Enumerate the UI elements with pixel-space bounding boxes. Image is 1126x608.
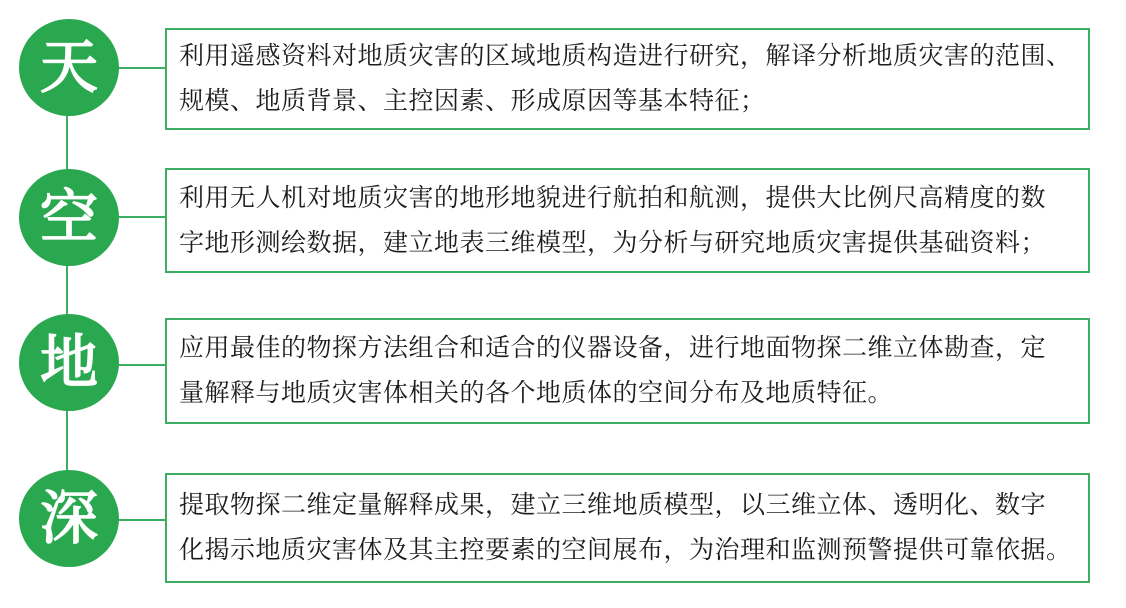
description-line: 化揭示地质灾害体及其主控要素的空间展布，为治理和监测预警提供可靠依据。: [179, 528, 1076, 573]
description-line: 利用遥感资料对地质灾害的区域地质构造进行研究，解译分析地质灾害的范围、: [179, 34, 1076, 79]
node-circle-kong: 空: [19, 169, 119, 266]
vertical-connector-line: [66, 67, 68, 520]
node-circle-shen: 深: [19, 470, 119, 567]
description-line: 提取物探二维定量解释成果，建立三维地质模型，以三维立体、透明化、数字: [179, 483, 1076, 528]
description-box-tian: 利用遥感资料对地质灾害的区域地质构造进行研究，解译分析地质灾害的范围、 规模、地…: [165, 28, 1090, 130]
node-label-kong: 空: [40, 189, 98, 247]
description-line: 量解释与地质灾害体相关的各个地质体的空间分布及地质特征。: [179, 371, 1076, 416]
description-line: 应用最佳的物探方法组合和适合的仪器设备，进行地面物探二维立体勘查，定: [179, 326, 1076, 371]
description-box-di: 应用最佳的物探方法组合和适合的仪器设备，进行地面物探二维立体勘查，定 量解释与地…: [165, 318, 1090, 424]
description-box-kong: 利用无人机对地质灾害的地形地貌进行航拍和航测，提供大比例尺高精度的数 字地形测绘…: [165, 168, 1090, 273]
node-label-di: 地: [40, 334, 98, 392]
description-line: 规模、地质背景、主控因素、形成原因等基本特征；: [179, 79, 1076, 124]
node-circle-di: 地: [19, 314, 119, 411]
description-box-shen: 提取物探二维定量解释成果，建立三维地质模型，以三维立体、透明化、数字 化揭示地质…: [165, 473, 1090, 583]
node-circle-tian: 天: [19, 19, 119, 116]
description-line: 利用无人机对地质灾害的地形地貌进行航拍和航测，提供大比例尺高精度的数: [179, 176, 1076, 221]
node-label-tian: 天: [40, 39, 98, 97]
tian-kong-di-shen-diagram: 天 空 地 深 利用遥感资料对地质灾害的区域地质构造进行研究，解译分析地质灾害的…: [0, 0, 1126, 608]
node-label-shen: 深: [40, 490, 98, 548]
description-line: 字地形测绘数据，建立地表三维模型，为分析与研究地质灾害提供基础资料；: [179, 221, 1076, 266]
